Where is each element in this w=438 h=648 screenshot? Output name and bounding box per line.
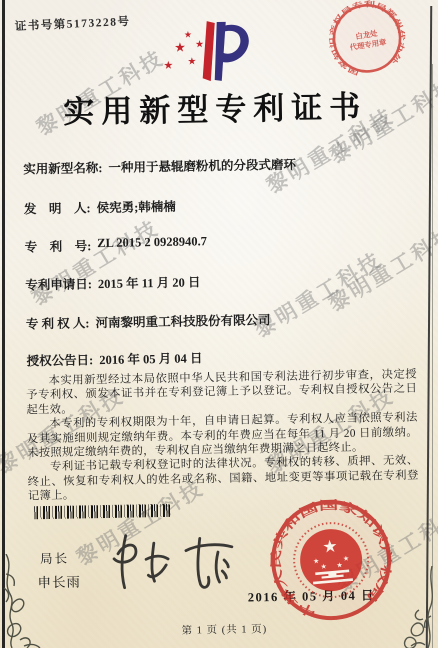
- svg-text:★: ★: [187, 56, 196, 67]
- svg-text:★: ★: [195, 39, 204, 50]
- certificate-content: 证书号第5173228号 ★ ★ ★ ★ ★ 国家知识产权局专利局郑州代办处 白…: [0, 0, 438, 648]
- scan-right-edge-shadow: [432, 64, 433, 648]
- agency-seal-stamp: 国家知识产权局专利局郑州代办处 白龙处 代理专用章: [327, 0, 406, 78]
- field-label: 实用新型名称:: [23, 158, 102, 177]
- field-grant-publication-date: 授权公告日: 2016 年 05 月 04 日: [26, 348, 202, 369]
- patent-certificate-scan: 黎明重工科技 黎明重工科技 黎明重工科技 黎明重工科技 黎明重工科技 黎明重工科…: [0, 0, 438, 648]
- legal-paragraph: 本专利的专利权期限为十年，自申请日起算。专利权人应当依照专利法及其实施细则规定缴…: [27, 411, 419, 461]
- barcode: [34, 504, 170, 519]
- field-label: 专 利 权 人:: [26, 313, 90, 332]
- certificate-number: 证书号第5173228号: [14, 13, 130, 34]
- svg-text:★: ★: [174, 40, 186, 55]
- svg-text:★: ★: [313, 557, 320, 566]
- field-label: 专利申请日:: [25, 274, 92, 293]
- field-label: 发 明 人:: [24, 198, 91, 217]
- field-label: 专 利 号:: [24, 236, 91, 255]
- field-utility-model-name: 实用新型名称: 一种用于悬辊磨粉机的分段式磨环: [23, 155, 296, 178]
- svg-text:★: ★: [320, 562, 327, 571]
- border-ornament-bottom-left: [0, 554, 60, 648]
- handwritten-signature: [102, 529, 243, 593]
- page-number-footer: 第 1 页 (共 1 页): [5, 618, 438, 641]
- field-label: 授权公告日:: [26, 350, 93, 369]
- field-patent-number: 专 利 号: ZL 2015 2 0928940.7: [24, 234, 207, 255]
- field-value: 河南黎明重工科技股份有限公司: [95, 310, 270, 331]
- legal-text-block: 本实用新型经过本局依照中华人民共和国专利法进行初步审查，决定授予专利权、颁发本证…: [26, 368, 419, 504]
- svg-text:★: ★: [343, 555, 350, 564]
- field-value: 2016 年 05 月 04 日: [99, 348, 202, 368]
- field-application-date: 专利申请日: 2015 年 11 月 20 日: [25, 272, 200, 293]
- field-value: 侯宪勇;韩楠楠: [96, 197, 175, 216]
- certificate-title: 实用新型专利证书: [0, 80, 435, 133]
- border-ornament-bottom-right: [401, 566, 438, 648]
- field-inventors: 发 明 人: 侯宪勇;韩楠楠: [24, 197, 176, 218]
- svg-text:★: ★: [322, 537, 339, 557]
- svg-text:★: ★: [336, 561, 343, 570]
- svg-text:★: ★: [163, 60, 173, 72]
- field-value: ZL 2015 2 0928940.7: [97, 234, 207, 254]
- field-value: 一种用于悬辊磨粉机的分段式磨环: [108, 155, 296, 176]
- field-patentee: 专 利 权 人: 河南黎明重工科技股份有限公司: [26, 310, 271, 332]
- scan-left-edge: [2, 0, 5, 648]
- svg-text:★: ★: [184, 29, 192, 39]
- sipo-official-seal-stamp: 中华人民共和国国家知识产权局 ★ ★ ★ ★ ★: [263, 492, 399, 628]
- legal-paragraph: 本实用新型经过本局依照中华人民共和国专利法进行初步审查，决定授予专利权、颁发本证…: [26, 368, 418, 418]
- field-value: 2015 年 11 月 20 日: [98, 272, 201, 292]
- patent-office-logo-icon: ★ ★ ★ ★ ★: [147, 17, 253, 89]
